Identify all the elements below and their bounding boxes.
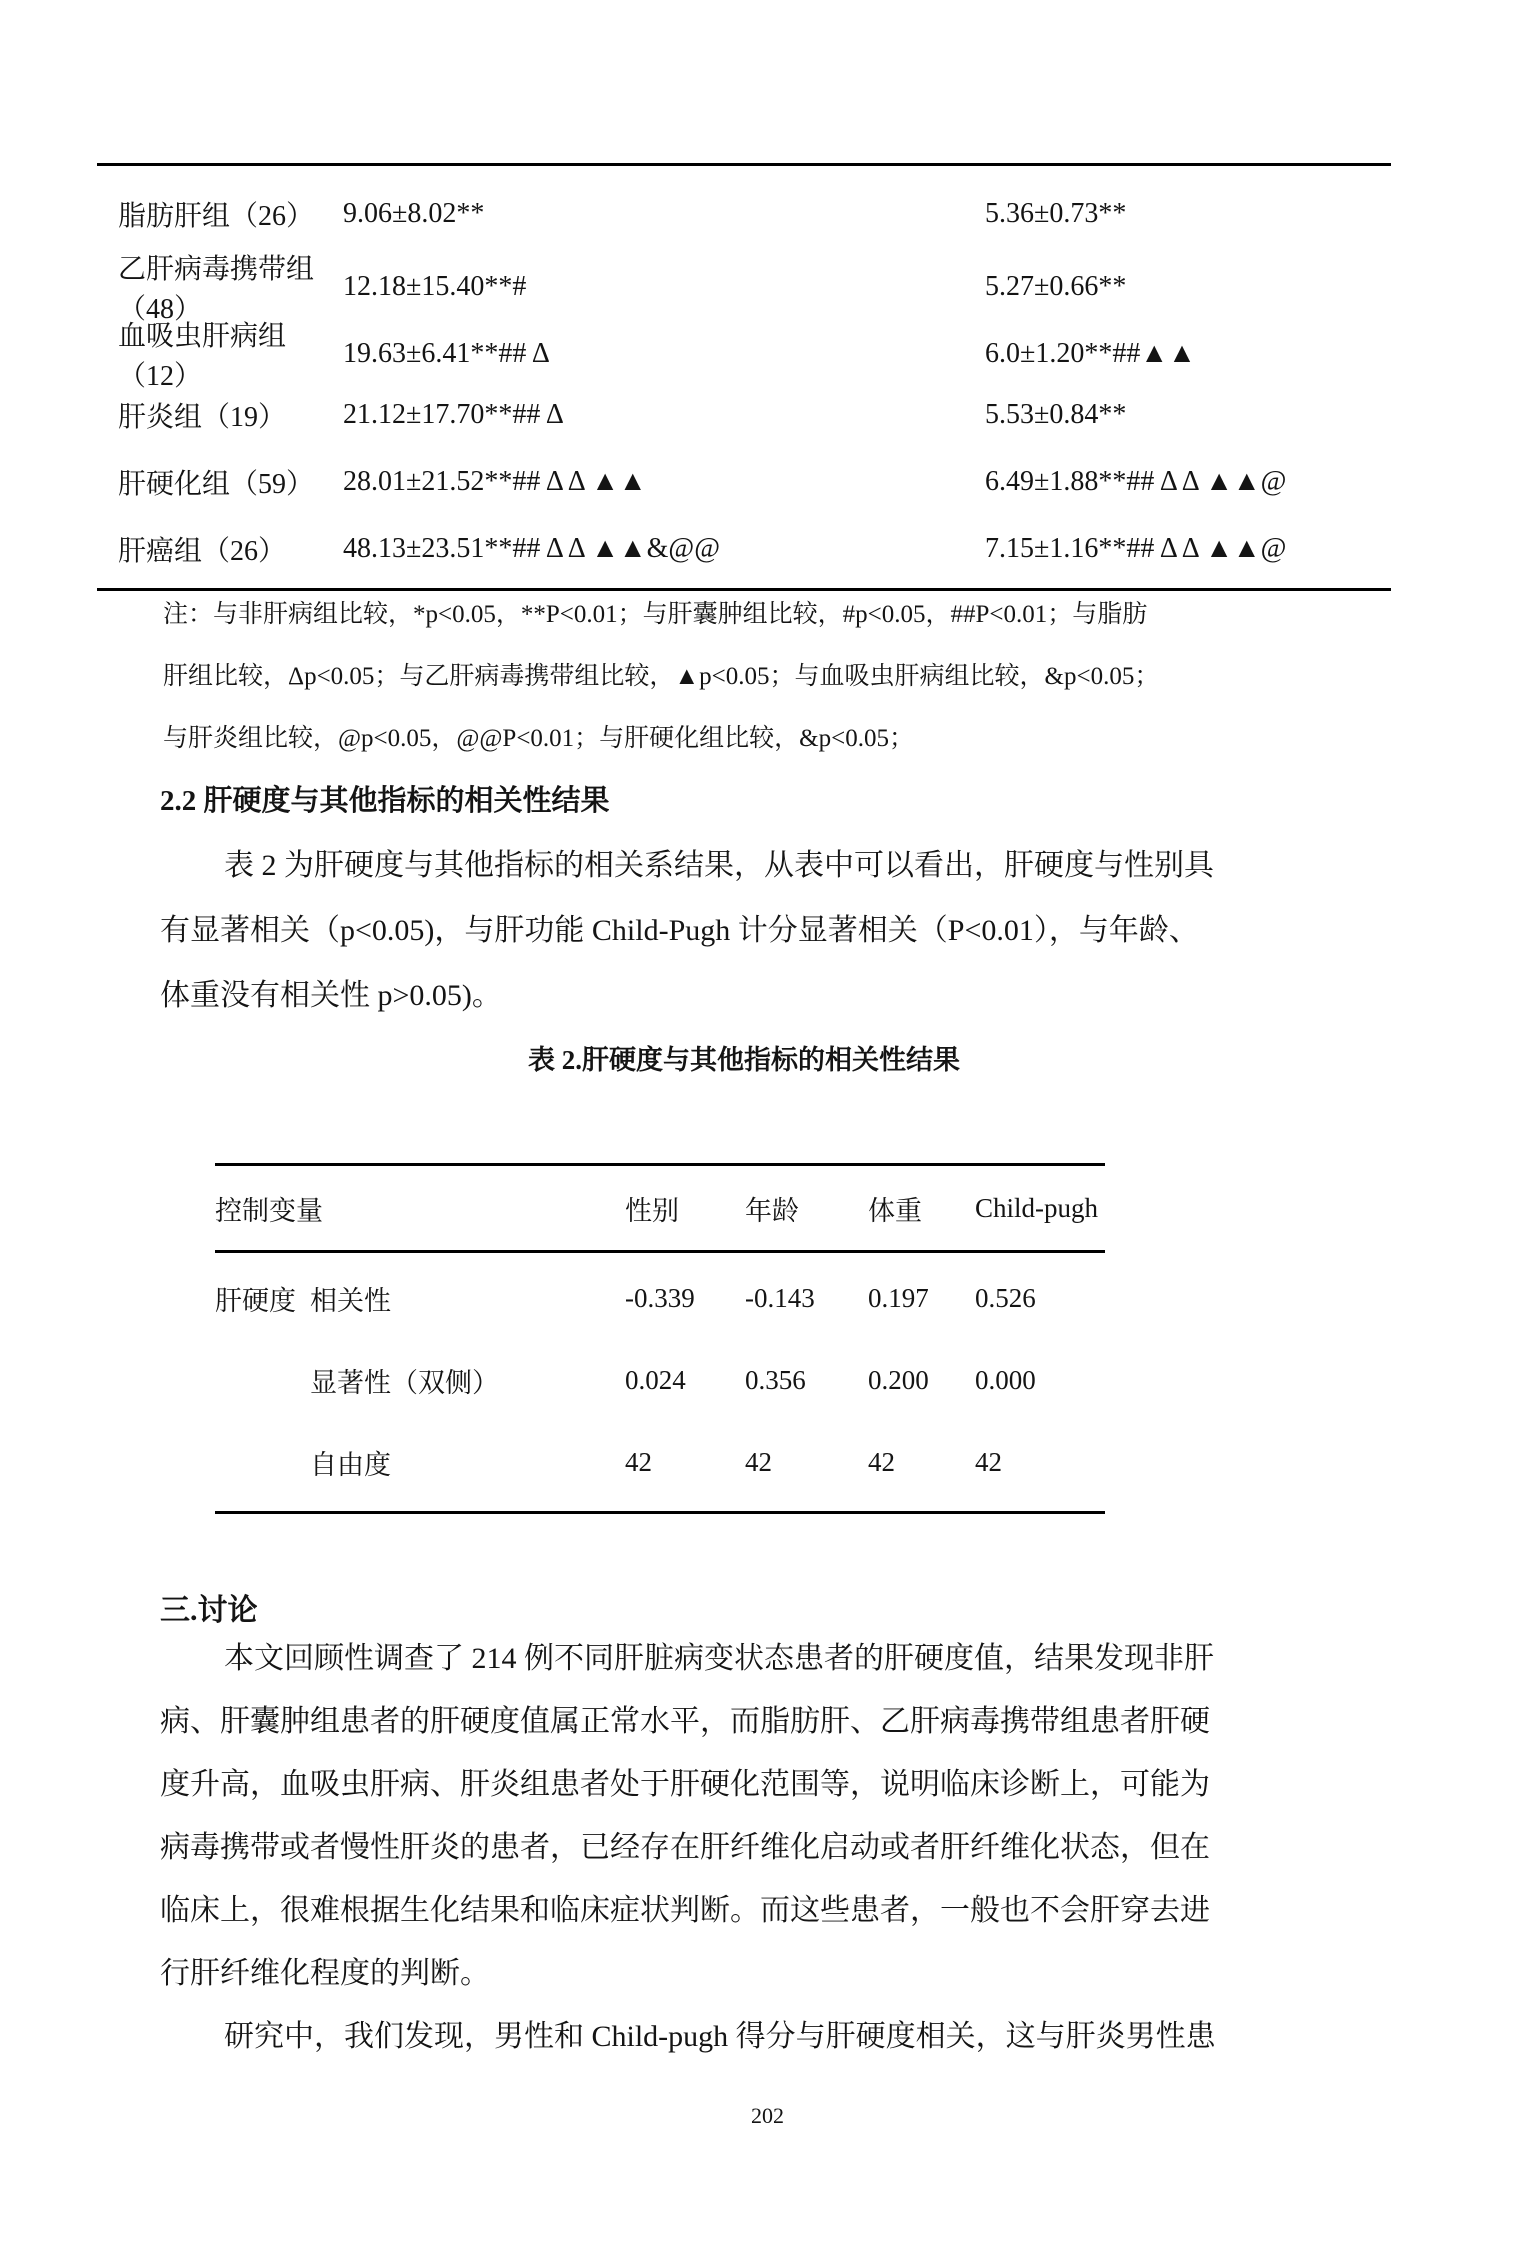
paragraph-line: 体重没有相关性 p>0.05)。 <box>160 963 1405 1028</box>
discussion-paragraphs: 本文回顾性调查了 214 例不同肝脏病变状态患者的肝硬度值，结果发现非肝 病、肝… <box>160 1627 1410 2068</box>
stiffness-value: 21.12±17.70**## Δ <box>343 399 985 431</box>
column-header: 年龄 <box>745 1189 868 1228</box>
column-header: 体重 <box>868 1189 975 1228</box>
row-label: 相关性 <box>310 1279 625 1318</box>
table-row: 肝硬度 相关性 -0.339 -0.143 0.197 0.526 <box>215 1257 1105 1339</box>
second-measure-value: 6.49±1.88**## Δ Δ ▲▲@ <box>985 466 1391 498</box>
table2-title: 表 2.肝硬度与其他指标的相关性结果 <box>97 1038 1391 1077</box>
group-label: 肝炎组（19） <box>97 395 343 435</box>
group-label: 肝硬化组（59） <box>97 462 343 502</box>
cell-value: 0.000 <box>975 1365 1105 1396</box>
cell-value: 0.024 <box>625 1365 745 1396</box>
paragraph-line: 本文回顾性调查了 214 例不同肝脏病变状态患者的肝硬度值，结果发现非肝 <box>160 1627 1410 1690</box>
footnote-line: 肝组比较，Δp<0.05；与乙肝病毒携带组比较，▲p<0.05；与血吸虫肝病组比… <box>163 646 1403 708</box>
table-footnote: 注：与非肝病组比较，*p<0.05，**P<0.01；与肝囊肿组比较，#p<0.… <box>163 584 1403 770</box>
row-group-label: 肝硬度 <box>215 1279 310 1318</box>
second-measure-value: 7.15±1.16**## Δ Δ ▲▲@ <box>985 533 1391 565</box>
stiffness-value: 48.13±23.51**## Δ Δ ▲▲&@@ <box>343 533 985 565</box>
footnote-line: 与肝炎组比较，@p<0.05，@@P<0.01；与肝硬化组比较，&p<0.05； <box>163 708 1403 770</box>
group-label: 血吸虫肝病组（12） <box>97 314 343 394</box>
group-comparison-table: 脂肪肝组（26） 9.06±8.02** 5.36±0.73** 乙肝病毒携带组… <box>97 163 1391 591</box>
table-row: 自由度 42 42 42 42 <box>215 1421 1105 1503</box>
group-label: 肝癌组（26） <box>97 529 343 569</box>
second-measure-value: 5.27±0.66** <box>985 271 1391 303</box>
table2-header-row: 控制变量 性别 年龄 体重 Child-pugh <box>215 1163 1105 1253</box>
column-header: Child-pugh <box>975 1193 1105 1224</box>
stiffness-value: 9.06±8.02** <box>343 198 985 230</box>
stiffness-value: 12.18±15.40**# <box>343 271 985 303</box>
paragraph-line: 病毒携带或者慢性肝炎的患者，已经存在肝纤维化启动或者肝纤维化状态，但在 <box>160 1816 1410 1879</box>
cell-value: -0.143 <box>745 1283 868 1314</box>
paragraph-line: 研究中，我们发现，男性和 Child-pugh 得分与肝硬度相关，这与肝炎男性患 <box>160 2005 1410 2068</box>
row-label: 自由度 <box>310 1443 625 1482</box>
cell-value: 42 <box>745 1447 868 1478</box>
section-2-2-paragraph: 表 2 为肝硬度与其他指标的相关系结果，从表中可以看出，肝硬度与性别具 有显著相… <box>160 833 1405 1028</box>
cell-value: 42 <box>975 1447 1105 1478</box>
paragraph-line: 临床上，很难根据生化结果和临床症状判断。而这些患者，一般也不会肝穿去进 <box>160 1879 1410 1942</box>
cell-value: -0.339 <box>625 1283 745 1314</box>
stiffness-value: 19.63±6.41**## Δ <box>343 338 985 370</box>
table-row: 显著性（双侧） 0.024 0.356 0.200 0.000 <box>215 1339 1105 1421</box>
cell-value: 42 <box>868 1447 975 1478</box>
second-measure-value: 5.53±0.84** <box>985 399 1391 431</box>
paper-page: 脂肪肝组（26） 9.06±8.02** 5.36±0.73** 乙肝病毒携带组… <box>0 0 1535 2245</box>
row-label: 显著性（双侧） <box>310 1361 625 1400</box>
table2-body: 肝硬度 相关性 -0.339 -0.143 0.197 0.526 显著性（双侧… <box>215 1253 1105 1514</box>
column-header: 控制变量 <box>215 1189 625 1228</box>
stiffness-value: 28.01±21.52**## Δ Δ ▲▲ <box>343 466 985 498</box>
paragraph-line: 行肝纤维化程度的判断。 <box>160 1942 1410 2005</box>
cell-value: 0.356 <box>745 1365 868 1396</box>
cell-value: 0.200 <box>868 1365 975 1396</box>
paragraph-line: 度升高，血吸虫肝病、肝炎组患者处于肝硬化范围等，说明临床诊断上，可能为 <box>160 1753 1410 1816</box>
table-row: 肝癌组（26） 48.13±23.51**## Δ Δ ▲▲&@@ 7.15±1… <box>97 515 1391 582</box>
column-header: 性别 <box>625 1189 745 1228</box>
table-row: 脂肪肝组（26） 9.06±8.02** 5.36±0.73** <box>97 180 1391 247</box>
correlation-table: 控制变量 性别 年龄 体重 Child-pugh 肝硬度 相关性 -0.339 … <box>215 1163 1105 1514</box>
table-row: 血吸虫肝病组（12） 19.63±6.41**## Δ 6.0±1.20**##… <box>97 314 1391 381</box>
cell-value: 0.197 <box>868 1283 975 1314</box>
section-heading-2-2: 2.2 肝硬度与其他指标的相关性结果 <box>160 778 610 819</box>
footnote-line: 注：与非肝病组比较，*p<0.05，**P<0.01；与肝囊肿组比较，#p<0.… <box>163 584 1403 646</box>
second-measure-value: 6.0±1.20**##▲▲ <box>985 338 1391 370</box>
discussion-heading: 三.讨论 <box>160 1585 258 1629</box>
paragraph-line: 有显著相关（p<0.05)，与肝功能 Child-Pugh 计分显著相关（P<0… <box>160 898 1405 963</box>
second-measure-value: 5.36±0.73** <box>985 198 1391 230</box>
page-number: 202 <box>0 2103 1535 2129</box>
table-row: 肝硬化组（59） 28.01±21.52**## Δ Δ ▲▲ 6.49±1.8… <box>97 448 1391 515</box>
cell-value: 42 <box>625 1447 745 1478</box>
paragraph-line: 表 2 为肝硬度与其他指标的相关系结果，从表中可以看出，肝硬度与性别具 <box>160 833 1405 898</box>
table-row: 乙肝病毒携带组（48） 12.18±15.40**# 5.27±0.66** <box>97 247 1391 314</box>
group-label: 脂肪肝组（26） <box>97 194 343 234</box>
cell-value: 0.526 <box>975 1283 1105 1314</box>
paragraph-line: 病、肝囊肿组患者的肝硬度值属正常水平，而脂肪肝、乙肝病毒携带组患者肝硬 <box>160 1690 1410 1753</box>
